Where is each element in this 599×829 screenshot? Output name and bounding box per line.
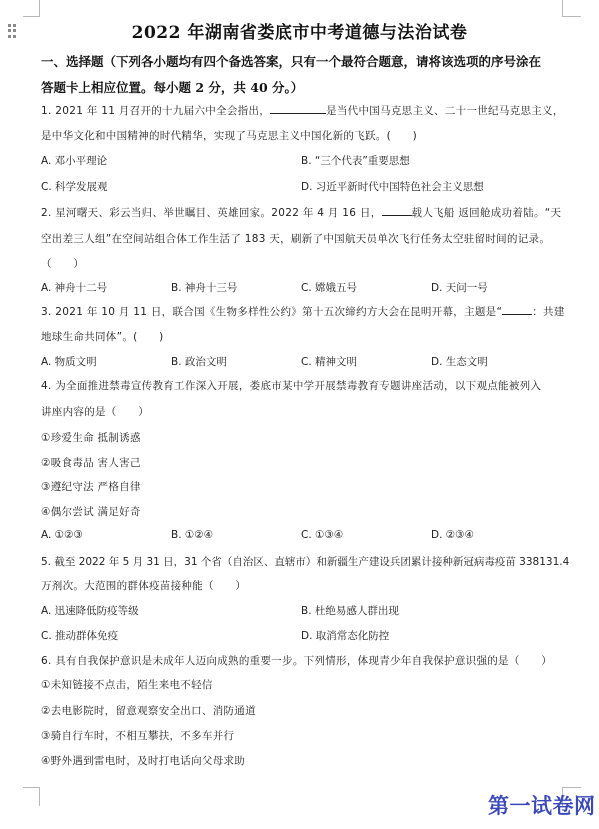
question-4-option-c: C. ①③④ xyxy=(301,529,343,541)
question-4-line2: 讲座内容的是（ ） xyxy=(41,404,149,419)
answer-blank xyxy=(270,103,326,114)
question-4-statement-3: ③遵纪守法 严格自律 xyxy=(41,479,141,494)
question-6-statement-4: ④野外遇到雷电时，及时打电话向父母求助 xyxy=(41,753,245,768)
section-heading-line1: 一、选择题（下列各小题均有四个备选答案，只有一个最符合题意，请将该选项的序号涂在 xyxy=(41,49,561,75)
question-1-option-c: C. 科学发展观 xyxy=(41,179,108,194)
question-1-option-d: D. 习近平新时代中国特色社会主义思想 xyxy=(301,179,484,194)
question-4-line1: 4. 为全面推进禁毒宣传教育工作深入开展，娄底市某中学开展禁毒教育专题讲座活动，… xyxy=(41,378,541,393)
question-5-option-b: B. 杜绝易感人群出现 xyxy=(301,603,399,618)
section-heading-line2: 答题卡上相应位置。每小题 2 分，共 40 分。） xyxy=(41,75,561,101)
question-2-option-a: A. 神舟十二号 xyxy=(41,280,107,295)
question-2-option-d: D. 天问一号 xyxy=(431,280,488,295)
question-4-statement-2: ②吸食毒品 害人害己 xyxy=(41,455,141,470)
question-3-line1: 3. 2021 年 10 月 11 日，联合国《生物多样性公约》第十五次缔约方大… xyxy=(41,304,565,319)
question-3-text-b: ：共建 xyxy=(532,306,564,318)
question-4-statement-4: ④偶尔尝试 满足好奇 xyxy=(41,504,141,519)
question-2-text-a: 2. 星河曙天、彩云当归、举世瞩目、英雄回家。2022 年 4 月 16 日， xyxy=(41,207,382,219)
question-4-statement-1: ①珍爱生命 抵制诱惑 xyxy=(41,430,141,445)
answer-blank xyxy=(502,304,532,315)
question-6-statement-3: ③骑自行车时，不相互攀扶，不多车并行 xyxy=(41,728,234,743)
question-2-line1: 2. 星河曙天、彩云当归、举世瞩目、英雄回家。2022 年 4 月 16 日，载… xyxy=(41,205,561,220)
page-corner-mark-top-right xyxy=(562,0,581,17)
question-2-option-c: C. 嫦娥五号 xyxy=(301,280,357,295)
question-3-option-a: A. 物质文明 xyxy=(41,354,97,369)
question-1-text-a: 1. 2021 年 11 月召开的十九届六中全会指出， xyxy=(41,105,270,117)
answer-blank xyxy=(382,205,412,216)
question-4-option-d: D. ②③④ xyxy=(431,529,474,541)
page-corner-mark-bottom-left xyxy=(23,787,40,806)
question-1-line2: 是中华文化和中国精神的时代精华，实现了马克思主义中国化新的飞跃。( ) xyxy=(41,128,417,143)
question-3-option-c: C. 精神文明 xyxy=(301,354,357,369)
question-5-option-d: D. 取消常态化防控 xyxy=(301,628,389,643)
question-5-line1: 5. 截至 2022 年 5 月 31 日，31 个省（自治区、直辖市）和新疆生… xyxy=(41,554,569,569)
question-1-option-b: B. “三个代表”重要思想 xyxy=(301,153,410,168)
question-2-text-b: 载人飞船 返回舱成功着陆。“天 xyxy=(412,207,562,219)
watermark-logo: 第一试卷网 xyxy=(488,790,596,820)
question-1-option-a: A. 邓小平理论 xyxy=(41,153,107,168)
page-corner-mark-top-left xyxy=(23,0,40,17)
question-2-line2: 空出差三人组”在空间站组合体工作生活了 183 天，刷新了中国航天员单次飞行任务… xyxy=(41,231,550,246)
question-6-statement-2: ②去电影院时，留意观察安全出口、消防通道 xyxy=(41,703,256,718)
question-3-line2: 地球生命共同体”。( ) xyxy=(41,329,164,344)
section-heading: 一、选择题（下列各小题均有四个备选答案，只有一个最符合题意，请将该选项的序号涂在… xyxy=(41,49,561,101)
question-2-option-b: B. 神舟十三号 xyxy=(171,280,237,295)
question-2-line3: （ ） xyxy=(41,256,84,271)
question-4-option-b: B. ①②④ xyxy=(171,529,213,541)
question-6-statement-1: ①未知链接不点击，陌生来电不轻信 xyxy=(41,677,213,692)
question-3-option-d: D. 生态文明 xyxy=(431,354,488,369)
question-4-option-a: A. ①②③ xyxy=(41,529,83,541)
question-3-option-b: B. 政治文明 xyxy=(171,354,227,369)
question-3-text-a: 3. 2021 年 10 月 11 日，联合国《生物多样性公约》第十五次缔约方大… xyxy=(41,306,502,318)
question-5-option-c: C. 推动群体免疫 xyxy=(41,628,118,643)
question-1-text-b: 是当代中国马克思主义、二十一世纪马克思主义， xyxy=(326,105,564,117)
question-5-line2: 万剂次。大范围的群体疫苗接种能（ ） xyxy=(41,578,246,593)
question-1-line1: 1. 2021 年 11 月召开的十九届六中全会指出，是当代中国马克思主义、二十… xyxy=(41,103,564,118)
question-6-line1: 6. 具有自我保护意识是未成年人迈向成熟的重要一步。下列情形，体现青少年自我保护… xyxy=(41,653,552,668)
document-title: 2022 年湖南省娄底市中考道德与法治试卷 xyxy=(0,18,599,43)
question-5-option-a: A. 迅速降低防疫等级 xyxy=(41,603,139,618)
